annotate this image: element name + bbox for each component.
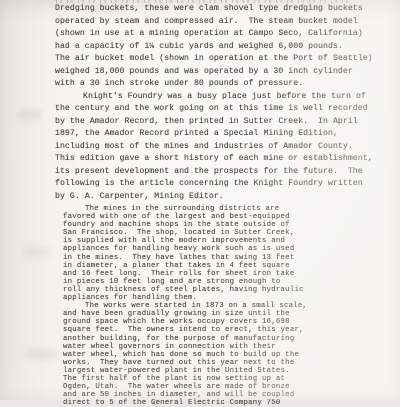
text-line: with a 30 inch stroke under 80 pounds of… bbox=[55, 78, 382, 91]
text-line: square feet. The owners intend to erect,… bbox=[63, 326, 382, 334]
text-line: largest water-powered plant in the Unite… bbox=[63, 367, 382, 375]
text-line: Ogden, Utah. The water wheels are made o… bbox=[63, 383, 382, 391]
text-line: had a capacity of 1⅛ cubic yards and wei… bbox=[55, 41, 382, 54]
text-line: in pieces 10 feet long and are strong en… bbox=[63, 278, 382, 286]
quoted-article-paragraph: The mines in the surrounding districts a… bbox=[63, 205, 382, 302]
text-line: The air bucket model (shown in operation… bbox=[55, 53, 382, 66]
text-line: its present development and the prospect… bbox=[55, 166, 382, 179]
text-line: operated by steam and compressed air. Th… bbox=[55, 16, 382, 29]
text-line: water wheel governors in connection with… bbox=[63, 343, 382, 351]
text-line: Dredging buckets, these were clam shovel… bbox=[55, 3, 382, 16]
text-line: This edition gave a short history of eac… bbox=[55, 153, 382, 166]
text-line: appliances for handling them. bbox=[63, 294, 382, 302]
body-paragraph: Knight's Foundry was a busy place just b… bbox=[55, 91, 382, 204]
text-line: another building, for the purpose of man… bbox=[63, 335, 382, 343]
text-line: in the mines. They have lathes that swin… bbox=[63, 254, 382, 262]
text-line: weighed 18,000 pounds and was operated b… bbox=[55, 66, 382, 79]
scan-smudge bbox=[22, 246, 52, 258]
text-line: 1897, the Amador Record printed a Specia… bbox=[55, 128, 382, 141]
text-line: by G. A. Carpenter, Mining Editor. bbox=[55, 191, 382, 204]
text-line: water wheel, which has done so much to b… bbox=[63, 351, 382, 359]
text-body: Dredging buckets, these were clam shovel… bbox=[55, 3, 382, 400]
text-line: favored with one of the largest and best… bbox=[63, 213, 382, 221]
text-line: and 16 feet long. Their rolls for sheet … bbox=[63, 270, 382, 278]
document-page: Dredging buckets, these were clam shovel… bbox=[0, 0, 400, 400]
quoted-article-paragraph: The works were started in 1873 on a smal… bbox=[63, 302, 382, 400]
text-line: by the Amador Record, then printed in Su… bbox=[55, 116, 382, 129]
text-line: the century and the work going on at thi… bbox=[55, 103, 382, 116]
text-line: works. They have turned out this year ne… bbox=[63, 359, 382, 367]
text-line: Knight's Foundry was a busy place just b… bbox=[55, 91, 382, 104]
text-line: appliances for handling heavy work such … bbox=[63, 245, 382, 253]
text-line: including most of the mines and industri… bbox=[55, 141, 382, 154]
text-line: The works were started in 1873 on a smal… bbox=[63, 302, 382, 310]
text-line: in diameter, a planer that takes in 4 fe… bbox=[63, 262, 382, 270]
body-paragraph: Dredging buckets, these were clam shovel… bbox=[55, 3, 382, 91]
text-line: following is the article concerning the … bbox=[55, 178, 382, 191]
text-line: The first half of the plant is now setti… bbox=[63, 375, 382, 383]
text-line: roll any thickness of steel plates, havi… bbox=[63, 286, 382, 294]
scan-smudge bbox=[16, 108, 42, 122]
text-line: The mines in the surrounding districts a… bbox=[63, 205, 382, 213]
text-line: (shown in use at a mining operation at C… bbox=[55, 28, 382, 41]
